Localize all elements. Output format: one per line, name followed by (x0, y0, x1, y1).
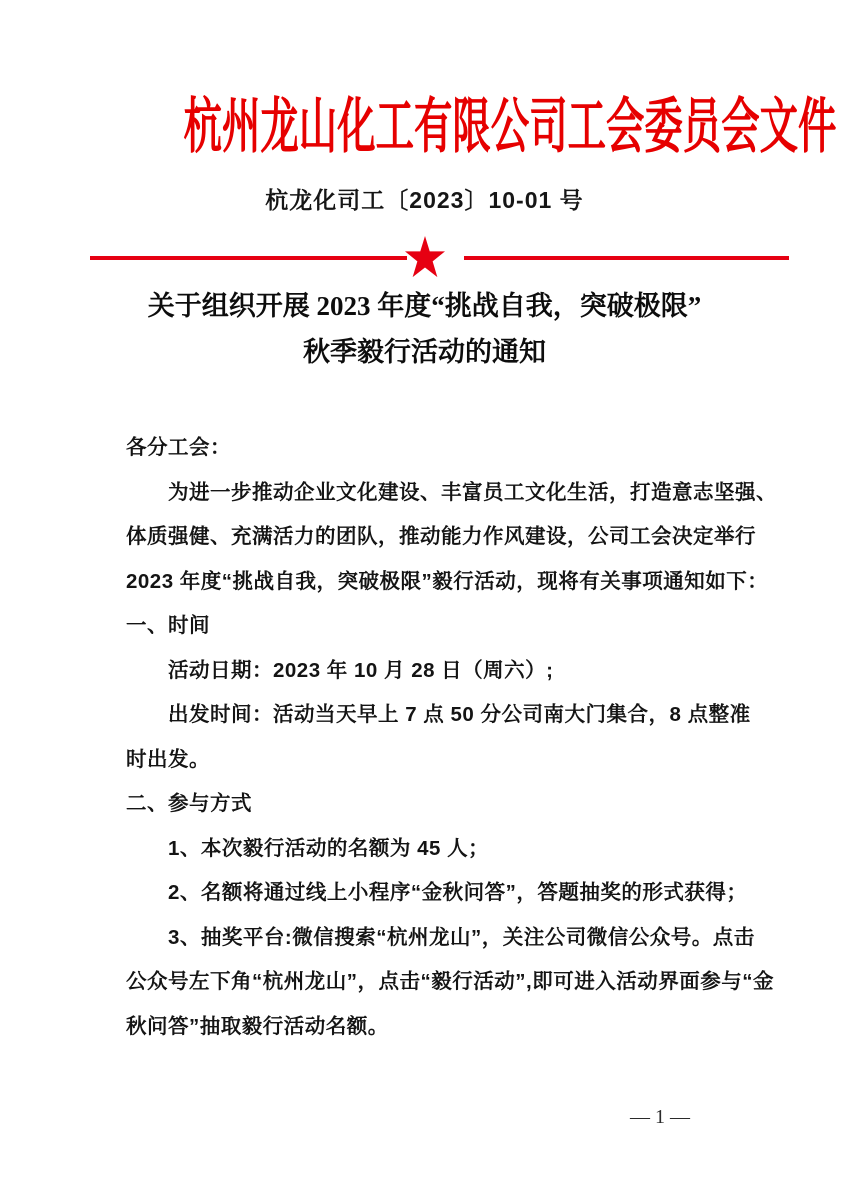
body-line: 2023 年度“挑战自我，突破极限”毅行活动，现将有关事项通知如下： (126, 560, 744, 605)
notice-title: 关于组织开展 2023 年度“挑战自我，突破极限” 秋季毅行活动的通知 (0, 284, 849, 375)
body-line: 出发时间：活动当天早上 7 点 50 分公司南大门集合，8 点整准 (126, 693, 744, 738)
body-line-section-2: 二、参与方式 (126, 782, 744, 827)
star-icon (405, 236, 445, 278)
red-rule-left (90, 256, 407, 260)
body-line: 时出发。 (126, 738, 744, 783)
red-rule-right (464, 256, 789, 260)
body-line: 1、本次毅行活动的名额为 45 人； (126, 827, 744, 872)
document-page: 杭州龙山化工有限公司工会委员会文件 杭龙化司工〔2023〕10-01 号 关于组… (0, 0, 849, 1200)
notice-body: 各分工会： 为进一步推动企业文化建设、丰富员工文化生活，打造意志坚强、 体质强健… (126, 426, 744, 1049)
body-line: 公众号左下角“杭州龙山”，点击“毅行活动”,即可进入活动界面参与“金 (126, 960, 744, 1005)
body-line-section-1: 一、时间 (126, 604, 744, 649)
red-letterhead-title: 杭州龙山化工有限公司工会委员会文件 (0, 92, 849, 162)
body-line: 3、抽奖平台:微信搜索“杭州龙山”，关注公司微信公众号。点击 (126, 916, 744, 961)
body-line: 2、名额将通过线上小程序“金秋问答”，答题抽奖的形式获得； (126, 871, 744, 916)
body-line: 为进一步推动企业文化建设、丰富员工文化生活，打造意志坚强、 (126, 471, 744, 516)
body-line: 体质强健、充满活力的团队，推动能力作风建设，公司工会决定举行 (126, 515, 744, 560)
red-letterhead-title-text: 杭州龙山化工有限公司工会委员会文件 (184, 92, 837, 162)
notice-title-line1: 关于组织开展 2023 年度“挑战自我，突破极限” (0, 284, 849, 330)
body-line-salutation: 各分工会： (126, 426, 744, 471)
page-number: — 1 — (610, 1104, 710, 1130)
body-line: 活动日期：2023 年 10 月 28 日（周六）; (126, 649, 744, 694)
document-number: 杭龙化司工〔2023〕10-01 号 (0, 186, 849, 214)
body-line: 秋问答”抽取毅行活动名额。 (126, 1005, 744, 1050)
notice-title-line2: 秋季毅行活动的通知 (0, 330, 849, 376)
